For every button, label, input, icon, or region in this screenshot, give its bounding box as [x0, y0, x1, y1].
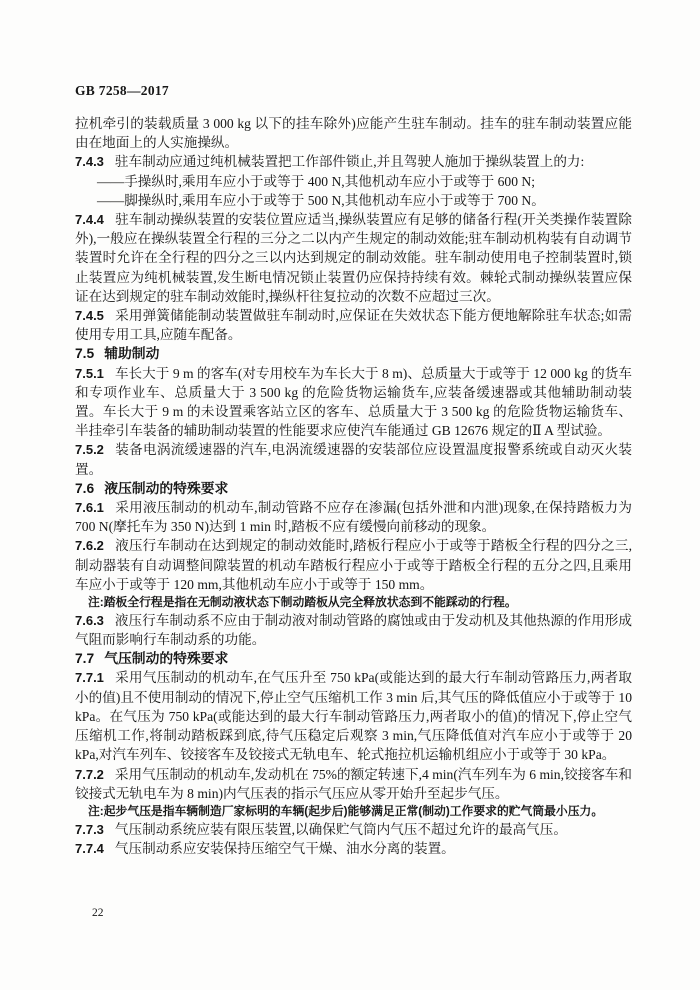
clause-text: 气压制动系应安装保持压缩空气干燥、油水分离的装置。: [115, 841, 455, 856]
dash-item-hand-control: ——手操纵时,乘用车应小于或等于 400 N,其他机动车应小于或等于 600 N…: [75, 172, 632, 191]
clause-text: 液压行车制动系不应由于制动液对制动管路的腐蚀或由于发动机及其他热源的作用形成气阻…: [75, 613, 632, 647]
clause-text: 采用气压制动的机动车,发动机在 75%的额定转速下,4 min(汽车列车为 6 …: [75, 767, 632, 801]
section-heading-7-5: 7.5辅助制动: [75, 344, 632, 363]
clause-number: 7.5.2: [75, 442, 104, 457]
section-title: 液压制动的特殊要求: [104, 481, 228, 496]
clause-7-5-2: 7.5.2装备电涡流缓速器的汽车,电涡流缓速器的安装部位应设置温度报警系统或自动…: [75, 440, 632, 478]
clause-7-4-5: 7.4.5采用弹簧储能制动装置做驻车制动时,应保证在失效状态下能方便地解除驻车状…: [75, 306, 632, 344]
clause-7-4-3: 7.4.3驻车制动应通过纯机械装置把工作部件锁止,并且驾驶人施加于操纵装置上的力…: [75, 152, 632, 171]
clause-number: 7.4.3: [75, 154, 104, 169]
clause-text: 液压行车制动在达到规定的制动效能时,踏板行程应小于或等于踏板全行程的四分之三,制…: [75, 538, 632, 591]
clause-7-7-3: 7.7.3气压制动系统应装有限压装置,以确保贮气筒内气压不超过允许的最高气压。: [75, 820, 632, 839]
clause-text: 气压制动系统应装有限压装置,以确保贮气筒内气压不超过允许的最高气压。: [115, 822, 567, 837]
standard-number-header: GB 7258—2017: [75, 84, 632, 98]
section-number: 7.6: [75, 481, 94, 496]
clause-number: 7.5.1: [75, 366, 104, 381]
section-heading-7-7: 7.7气压制动的特殊要求: [75, 649, 632, 668]
clause-text: 车长大于 9 m 的客车(对专用校车为车长大于 8 m)、总质量大于或等于 12…: [75, 366, 632, 439]
clause-7-6-2: 7.6.2液压行车制动在达到规定的制动效能时,踏板行程应小于或等于踏板全行程的四…: [75, 536, 632, 594]
clause-7-7-4: 7.7.4气压制动系应安装保持压缩空气干燥、油水分离的装置。: [75, 839, 632, 858]
clause-text: 采用液压制动的机动车,制动管路不应存在渗漏(包括外泄和内泄)现象,在保持踏板力为…: [75, 500, 632, 534]
clause-number: 7.7.1: [75, 670, 104, 685]
clause-number: 7.7.2: [75, 767, 104, 782]
clause-number: 7.7.4: [75, 841, 104, 856]
dash-item-foot-control: ——脚操纵时,乘用车应小于或等于 500 N,其他机动车应小于或等于 700 N…: [75, 191, 632, 210]
note-starting-pressure: 注:起步气压是指车辆制造厂家标明的车辆(起步后)能够满足正常(制动)工作要求的贮…: [75, 803, 632, 820]
clause-text: 采用弹簧储能制动装置做驻车制动时,应保证在失效状态下能方便地解除驻车状态;如需使…: [75, 308, 632, 342]
clause-number: 7.4.5: [75, 308, 104, 323]
page-number: 22: [92, 906, 104, 920]
clause-text: 驻车制动应通过纯机械装置把工作部件锁止,并且驾驶人施加于操纵装置上的力:: [115, 154, 584, 169]
clause-7-6-3: 7.6.3液压行车制动系不应由于制动液对制动管路的腐蚀或由于发动机及其他热源的作…: [75, 611, 632, 649]
section-heading-7-6: 7.6液压制动的特殊要求: [75, 479, 632, 498]
paragraph-continuation: 拉机牵引的装载质量 3 000 kg 以下的挂车除外)应能产生驻车制动。挂车的驻…: [75, 114, 632, 152]
clause-text: 采用气压制动的机动车,在气压升至 750 kPa(或能达到的最大行车制动管路压力…: [75, 670, 632, 762]
document-content: GB 7258—2017 拉机牵引的装载质量 3 000 kg 以下的挂车除外)…: [75, 84, 632, 858]
section-number: 7.5: [75, 346, 94, 361]
clause-text: 装备电涡流缓速器的汽车,电涡流缓速器的安装部位应设置温度报警系统或自动灭火装置。: [75, 442, 632, 476]
clause-number: 7.6.2: [75, 538, 104, 553]
clause-text: 驻车制动操纵装置的安装位置应适当,操纵装置应有足够的储备行程(开关类操作装置除外…: [75, 212, 632, 304]
note-pedal-full-travel: 注:踏板全行程是指在无制动液状态下制动踏板从完全释放状态到不能踩动的行程。: [75, 594, 632, 611]
clause-7-4-4: 7.4.4驻车制动操纵装置的安装位置应适当,操纵装置应有足够的储备行程(开关类操…: [75, 210, 632, 306]
section-title: 气压制动的特殊要求: [104, 651, 228, 666]
clause-number: 7.4.4: [75, 212, 104, 227]
clause-number: 7.6.3: [75, 613, 104, 628]
section-title: 辅助制动: [104, 346, 159, 361]
clause-7-5-1: 7.5.1车长大于 9 m 的客车(对专用校车为车长大于 8 m)、总质量大于或…: [75, 364, 632, 441]
document-page: GB 7258—2017 拉机牵引的装载质量 3 000 kg 以下的挂车除外)…: [0, 0, 700, 990]
clause-number: 7.6.1: [75, 500, 104, 515]
clause-7-7-1: 7.7.1采用气压制动的机动车,在气压升至 750 kPa(或能达到的最大行车制…: [75, 668, 632, 764]
section-number: 7.7: [75, 651, 94, 666]
clause-7-6-1: 7.6.1采用液压制动的机动车,制动管路不应存在渗漏(包括外泄和内泄)现象,在保…: [75, 498, 632, 536]
clause-number: 7.7.3: [75, 822, 104, 837]
clause-7-7-2: 7.7.2采用气压制动的机动车,发动机在 75%的额定转速下,4 min(汽车列…: [75, 765, 632, 803]
